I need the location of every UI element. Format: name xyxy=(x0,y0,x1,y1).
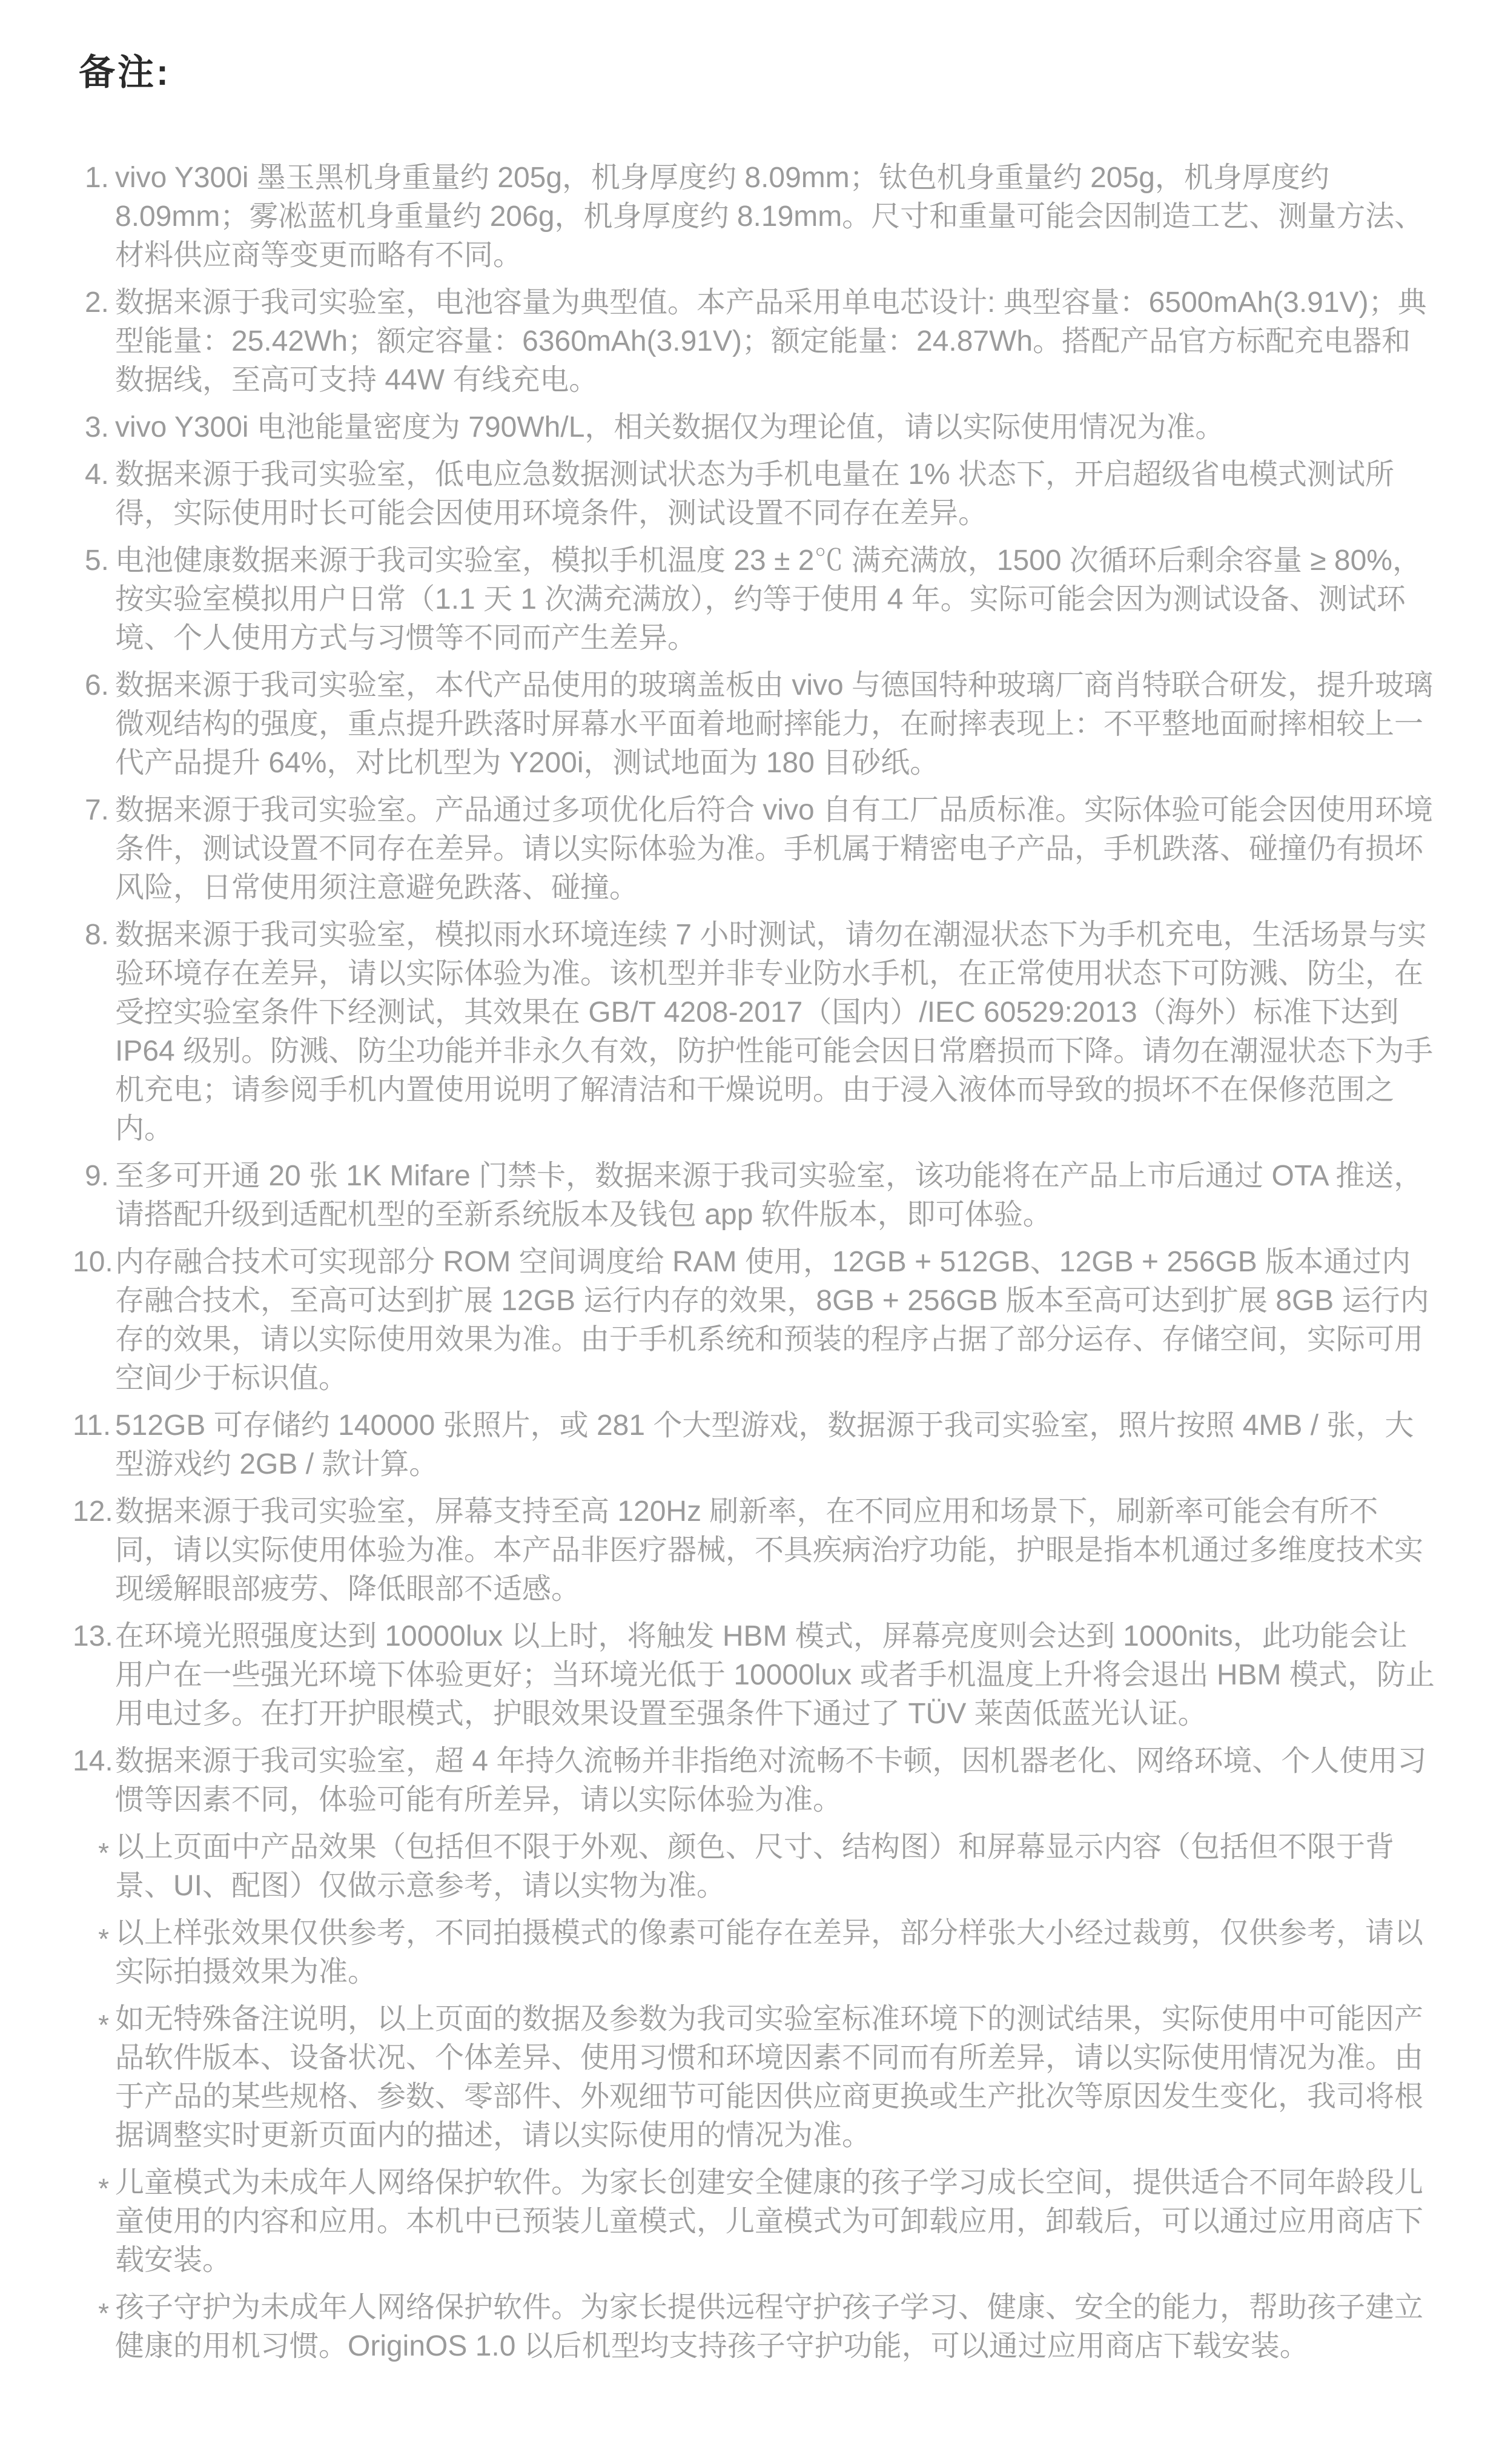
note-text: 数据来源于我司实验室，本代产品使用的玻璃盖板由 vivo 与德国特种玻璃厂商肖特… xyxy=(115,666,1435,783)
note-number: 11. xyxy=(73,1406,109,1445)
note-number: 3. xyxy=(73,408,109,447)
note-item: 8.数据来源于我司实验室，模拟雨水环境连续 7 小时测试，请勿在潮湿状态下为手机… xyxy=(73,916,1435,1148)
note-item: 11.512GB 可存储约 140000 张照片，或 281 个大型游戏，数据源… xyxy=(73,1406,1435,1484)
note-number: 10. xyxy=(73,1243,109,1282)
star-marker: * xyxy=(73,1833,109,1872)
note-text: 数据来源于我司实验室，低电应急数据测试状态为手机电量在 1% 状态下，开启超级省… xyxy=(115,455,1435,533)
note-text: 电池健康数据来源于我司实验室，模拟手机温度 23 ± 2℃ 满充满放，1500 … xyxy=(115,541,1435,658)
notes-page: 备注: 1.vivo Y300i 墨玉黑机身重量约 205g，机身厚度约 8.0… xyxy=(0,0,1502,2464)
star-marker: * xyxy=(73,2005,109,2044)
note-text: 如无特殊备注说明，以上页面的数据及参数为我司实验室标准环境下的测试结果，实际使用… xyxy=(115,2000,1435,2155)
note-item: 4.数据来源于我司实验室，低电应急数据测试状态为手机电量在 1% 状态下，开启超… xyxy=(73,455,1435,533)
note-text: 数据来源于我司实验室，超 4 年持久流畅并非指绝对流畅不卡顿，因机器老化、网络环… xyxy=(115,1742,1435,1820)
star-marker: * xyxy=(73,2169,109,2208)
note-number: 12. xyxy=(73,1492,109,1531)
note-item: 12.数据来源于我司实验室，屏幕支持至高 120Hz 刷新率，在不同应用和场景下… xyxy=(73,1492,1435,1609)
note-item: 3.vivo Y300i 电池能量密度为 790Wh/L，相关数据仅为理论值，请… xyxy=(73,408,1435,447)
note-text: 数据来源于我司实验室，电池容量为典型值。本产品采用单电芯设计: 典型容量：650… xyxy=(115,283,1435,400)
star-marker: * xyxy=(73,2294,109,2333)
note-text: 数据来源于我司实验室，模拟雨水环境连续 7 小时测试，请勿在潮湿状态下为手机充电… xyxy=(115,916,1435,1148)
note-text: 512GB 可存储约 140000 张照片，或 281 个大型游戏，数据源于我司… xyxy=(115,1406,1435,1484)
note-number: 6. xyxy=(73,666,109,705)
note-number: 9. xyxy=(73,1157,109,1196)
note-item: *孩子守护为未成年人网络保护软件。为家长提供远程守护孩子学习、健康、安全的能力，… xyxy=(73,2288,1435,2366)
note-item: 7.数据来源于我司实验室。产品通过多项优化后符合 vivo 自有工厂品质标准。实… xyxy=(73,791,1435,907)
star-marker: * xyxy=(73,1919,109,1958)
note-number: 7. xyxy=(73,791,109,830)
note-item: 14.数据来源于我司实验室，超 4 年持久流畅并非指绝对流畅不卡顿，因机器老化、… xyxy=(73,1742,1435,1820)
note-text: 数据来源于我司实验室。产品通过多项优化后符合 vivo 自有工厂品质标准。实际体… xyxy=(115,791,1435,907)
note-text: 孩子守护为未成年人网络保护软件。为家长提供远程守护孩子学习、健康、安全的能力，帮… xyxy=(115,2288,1435,2366)
note-item: 5.电池健康数据来源于我司实验室，模拟手机温度 23 ± 2℃ 满充满放，150… xyxy=(73,541,1435,658)
note-number: 5. xyxy=(73,541,109,580)
note-text: 以上样张效果仅供参考，不同拍摄模式的像素可能存在差异，部分样张大小经过裁剪，仅供… xyxy=(115,1914,1435,1992)
note-text: 在环境光照强度达到 10000lux 以上时，将触发 HBM 模式，屏幕亮度则会… xyxy=(115,1617,1435,1734)
note-item: *如无特殊备注说明，以上页面的数据及参数为我司实验室标准环境下的测试结果，实际使… xyxy=(73,2000,1435,2155)
page-title: 备注: xyxy=(79,55,1441,91)
note-item: *以上页面中产品效果（包括但不限于外观、颜色、尺寸、结构图）和屏幕显示内容（包括… xyxy=(73,1828,1435,1906)
note-text: 内存融合技术可实现部分 ROM 空间调度给 RAM 使用，12GB + 512G… xyxy=(115,1243,1435,1398)
note-text: vivo Y300i 墨玉黑机身重量约 205g，机身厚度约 8.09mm；钛色… xyxy=(115,159,1435,275)
note-item: 1.vivo Y300i 墨玉黑机身重量约 205g，机身厚度约 8.09mm；… xyxy=(73,159,1435,275)
note-text: 数据来源于我司实验室，屏幕支持至高 120Hz 刷新率，在不同应用和场景下，刷新… xyxy=(115,1492,1435,1609)
note-item: 9.至多可开通 20 张 1K Mifare 门禁卡，数据来源于我司实验室，该功… xyxy=(73,1157,1435,1234)
note-text: 儿童模式为未成年人网络保护软件。为家长创建安全健康的孩子学习成长空间，提供适合不… xyxy=(115,2164,1435,2280)
note-number: 14. xyxy=(73,1742,109,1781)
note-item: 10.内存融合技术可实现部分 ROM 空间调度给 RAM 使用，12GB + 5… xyxy=(73,1243,1435,1398)
note-item: 13.在环境光照强度达到 10000lux 以上时，将触发 HBM 模式，屏幕亮… xyxy=(73,1617,1435,1734)
notes-list: 1.vivo Y300i 墨玉黑机身重量约 205g，机身厚度约 8.09mm；… xyxy=(73,159,1435,2366)
note-text: 至多可开通 20 张 1K Mifare 门禁卡，数据来源于我司实验室，该功能将… xyxy=(115,1157,1435,1234)
note-number: 4. xyxy=(73,455,109,494)
note-text: vivo Y300i 电池能量密度为 790Wh/L，相关数据仅为理论值，请以实… xyxy=(115,408,1435,447)
note-number: 2. xyxy=(73,283,109,322)
note-item: *儿童模式为未成年人网络保护软件。为家长创建安全健康的孩子学习成长空间，提供适合… xyxy=(73,2164,1435,2280)
note-item: 2.数据来源于我司实验室，电池容量为典型值。本产品采用单电芯设计: 典型容量：6… xyxy=(73,283,1435,400)
note-item: 6.数据来源于我司实验室，本代产品使用的玻璃盖板由 vivo 与德国特种玻璃厂商… xyxy=(73,666,1435,783)
note-number: 1. xyxy=(73,159,109,197)
note-number: 13. xyxy=(73,1617,109,1656)
note-number: 8. xyxy=(73,916,109,955)
note-item: *以上样张效果仅供参考，不同拍摄模式的像素可能存在差异，部分样张大小经过裁剪，仅… xyxy=(73,1914,1435,1992)
note-text: 以上页面中产品效果（包括但不限于外观、颜色、尺寸、结构图）和屏幕显示内容（包括但… xyxy=(115,1828,1435,1906)
